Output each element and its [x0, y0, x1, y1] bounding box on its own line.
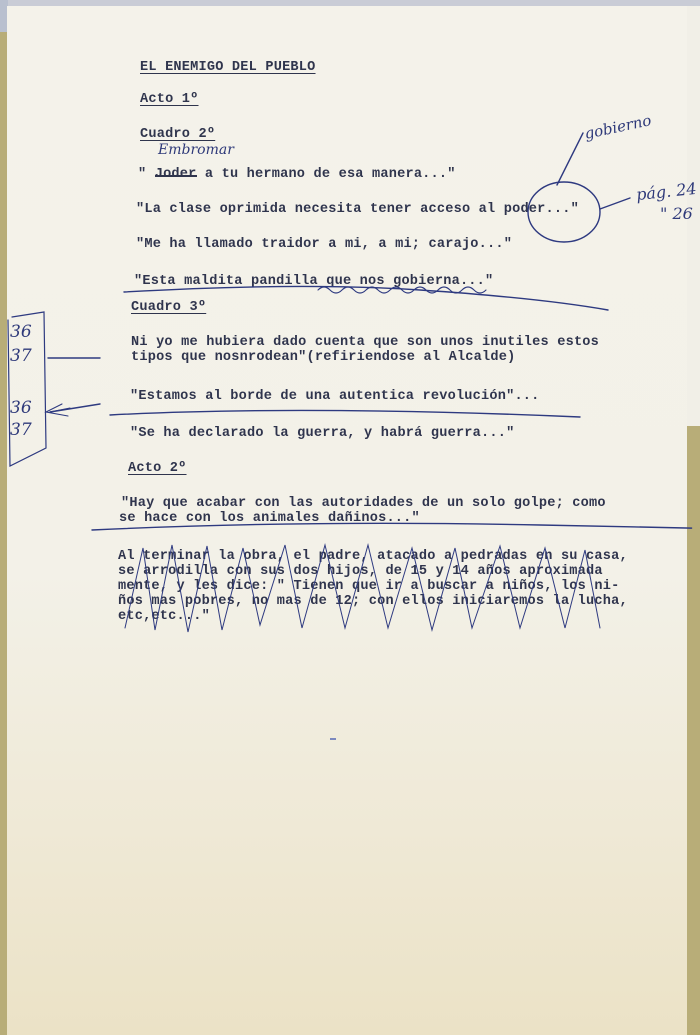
margin-ref: 36 — [10, 322, 32, 342]
margin-ref: 37 — [10, 420, 32, 440]
circled-word: poder.. — [504, 202, 563, 217]
quote-line: " Joder a tu hermano de esa manera..." — [138, 167, 456, 182]
quote-line: "Estamos al borde de una autentica revol… — [130, 389, 540, 404]
quote-line: "Me ha llamado traidor a mi, a mi; caraj… — [136, 237, 512, 252]
quote-line: "Hay que acabar con las autoridades de u… — [121, 496, 606, 511]
margin-ref: 36 — [10, 398, 32, 418]
quote-suffix: ." — [562, 202, 579, 217]
margin-ref: 37 — [10, 346, 32, 366]
document-title: EL ENEMIGO DEL PUEBLO — [140, 60, 316, 75]
struck-paragraph-line: ños mas pobres, no mas de 12; con ellos … — [118, 594, 628, 609]
act-1-heading: Acto 1º — [140, 92, 199, 107]
quote-line: "La clase oprimida necesita tener acceso… — [136, 202, 579, 217]
scene-2-heading: Cuadro 2º — [140, 127, 215, 142]
quote-line: tipos que nosnrodean"(refiriendose al Al… — [131, 350, 515, 365]
act-2-heading: Acto 2º — [128, 461, 187, 476]
quote-text: a tu hermano de esa manera..." — [197, 167, 456, 182]
struck-word: Joder — [155, 167, 197, 182]
struck-paragraph-line: mente, y les dice: " Tienen que ir a bus… — [118, 579, 619, 594]
struck-paragraph-line: Al terminar la obra, el padre, atacado a… — [118, 549, 628, 564]
quote-line: "Esta maldita pandilla que nos gobierna.… — [134, 274, 493, 289]
scene-3-heading: Cuadro 3º — [131, 300, 206, 315]
quote-text: "La clase oprimida necesita tener acceso… — [136, 202, 504, 217]
quote-line: se hace con los animales dañinos..." — [119, 511, 420, 526]
handwritten-correction: Embromar — [158, 142, 234, 158]
ink-speck — [330, 738, 336, 740]
handwritten-page-ref-2: " 26 — [660, 204, 693, 223]
struck-paragraph-line: etc,etc..." — [118, 609, 210, 624]
quote-line: Ni yo me hubiera dado cuenta que son uno… — [131, 335, 599, 350]
quote-line: "Se ha declarado la guerra, y habrá guer… — [130, 426, 514, 441]
quote-prefix: " — [138, 167, 155, 182]
struck-paragraph-line: se arrodilla con sus dos hijos, de 15 y … — [118, 564, 603, 579]
